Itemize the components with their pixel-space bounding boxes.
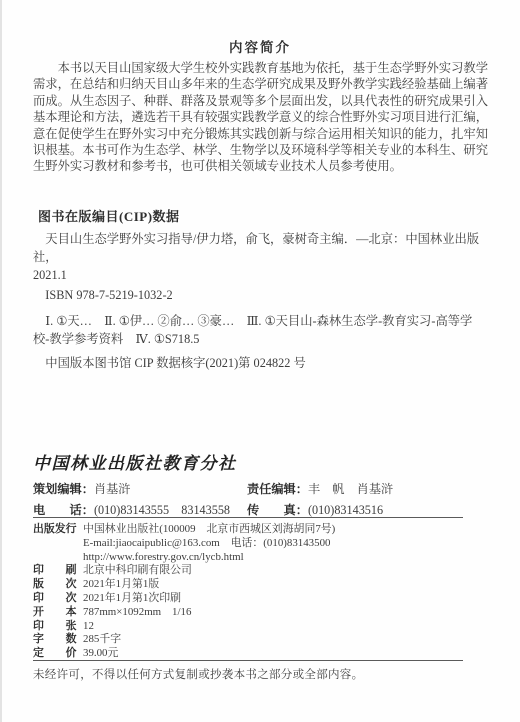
pub-row-label: 印 刷: [33, 564, 83, 578]
pub-row-label: 版 次: [33, 578, 83, 592]
executive-editor: 责任编辑：丰 帆 肖基浒: [247, 480, 393, 497]
pub-row-value: 2021年1月第1次印刷: [83, 592, 493, 606]
fax-value: (010)83143516: [308, 503, 383, 517]
divider-top: [33, 517, 463, 518]
publication-row: 定 价 39.00元: [33, 647, 493, 661]
publication-row: 字 数 285千字: [33, 633, 493, 647]
cip-book-line: 天目山生态学野外实习指导/伊力塔，俞飞，豪树奇主编．—北京：中国林业出版社，: [33, 230, 493, 266]
cip-record: 中国版本图书馆 CIP 数据核字(2021)第 024822 号: [33, 354, 493, 372]
cip-class-line-1: Ⅰ. ①天… Ⅱ. ①伊… ②俞… ③豪… Ⅲ. ①天目山-森林生态学-教育实习…: [33, 312, 493, 330]
planning-editor-label: 策划编辑：: [33, 482, 94, 496]
pub-row-value: 787mm×1092mm 1/16: [83, 606, 493, 620]
publication-row: 版 次 2021年1月第1版: [33, 578, 493, 592]
pub-row-value: 12: [83, 620, 493, 634]
planning-editor: 策划编辑：肖基浒: [33, 480, 131, 497]
publication-row: 印 刷 北京中科印刷有限公司: [33, 564, 493, 578]
executive-editor-label: 责任编辑：: [247, 482, 308, 496]
pub-row-label: 出版发行: [33, 523, 83, 537]
pub-row-label: 印 张: [33, 620, 83, 634]
fax: 传 真：(010)83143516: [247, 501, 383, 518]
phone-value: (010)83143555 83143558: [94, 503, 230, 517]
publisher-division-logo: 中国林业出版社教育分社: [33, 449, 237, 474]
cip-class-line-2: 校-教学参考资料 Ⅳ. ①S718.5: [33, 330, 493, 348]
pub-row-label: 定 价: [33, 647, 83, 661]
intro-title: 内容简介: [0, 36, 520, 56]
planning-editor-value: 肖基浒: [94, 482, 131, 496]
pub-row-label: [33, 537, 83, 551]
publication-row: E-mail:jiaocaipublic@163.com 电话：(010)831…: [33, 537, 493, 551]
publication-row: 开 本 787mm×1092mm 1/16: [33, 606, 493, 620]
publication-row: 出版发行 中国林业出版社(100009 北京市西城区刘海胡同7号): [33, 523, 493, 537]
pub-row-label: 开 本: [33, 606, 83, 620]
divider-bottom: [33, 660, 463, 661]
copyright-notice: 未经许可，不得以任何方式复制或抄袭本书之部分或全部内容。: [33, 666, 493, 682]
publication-details: 出版发行 中国林业出版社(100009 北京市西城区刘海胡同7号) E-mail…: [33, 523, 493, 661]
fax-label: 传 真：: [247, 503, 308, 517]
phone-label: 电 话：: [33, 503, 94, 517]
pub-row-label: 字 数: [33, 633, 83, 647]
pub-row-value: 39.00元: [83, 647, 493, 661]
cip-heading: 图书在版编目(CIP)数据: [38, 206, 180, 225]
pub-row-value: 285千字: [83, 633, 493, 647]
publication-row: 印 张 12: [33, 620, 493, 634]
copyright-page: 内容简介 本书以天目山国家级大学生校外实践教育基地为依托，基于生态学野外实习教学…: [0, 0, 520, 722]
phone: 电 话：(010)83143555 83143558: [33, 501, 230, 518]
pub-row-value: E-mail:jiaocaipublic@163.com 电话：(010)831…: [83, 537, 493, 551]
pub-row-label: 印 次: [33, 592, 83, 606]
publication-row: http://www.forestry.gov.cn/lycb.html: [33, 551, 493, 565]
cip-block: 天目山生态学野外实习指导/伊力塔，俞飞，豪树奇主编．—北京：中国林业出版社， 2…: [33, 230, 493, 372]
cip-isbn: ISBN 978-7-5219-1032-2: [33, 286, 493, 304]
pub-row-value: http://www.forestry.gov.cn/lycb.html: [83, 551, 493, 565]
publication-row: 印 次 2021年1月第1次印刷: [33, 592, 493, 606]
scan-edge: [0, 0, 2, 722]
executive-editor-value: 丰 帆 肖基浒: [308, 482, 393, 496]
cip-year-line: 2021.1: [33, 266, 493, 284]
pub-row-value: 北京中科印刷有限公司: [83, 564, 493, 578]
pub-row-value: 2021年1月第1版: [83, 578, 493, 592]
pub-row-value: 中国林业出版社(100009 北京市西城区刘海胡同7号): [83, 523, 493, 537]
intro-paragraph: 本书以天目山国家级大学生校外实践教育基地为依托，基于生态学野外实习教学需求，在总…: [33, 60, 488, 175]
pub-row-label: [33, 551, 83, 565]
